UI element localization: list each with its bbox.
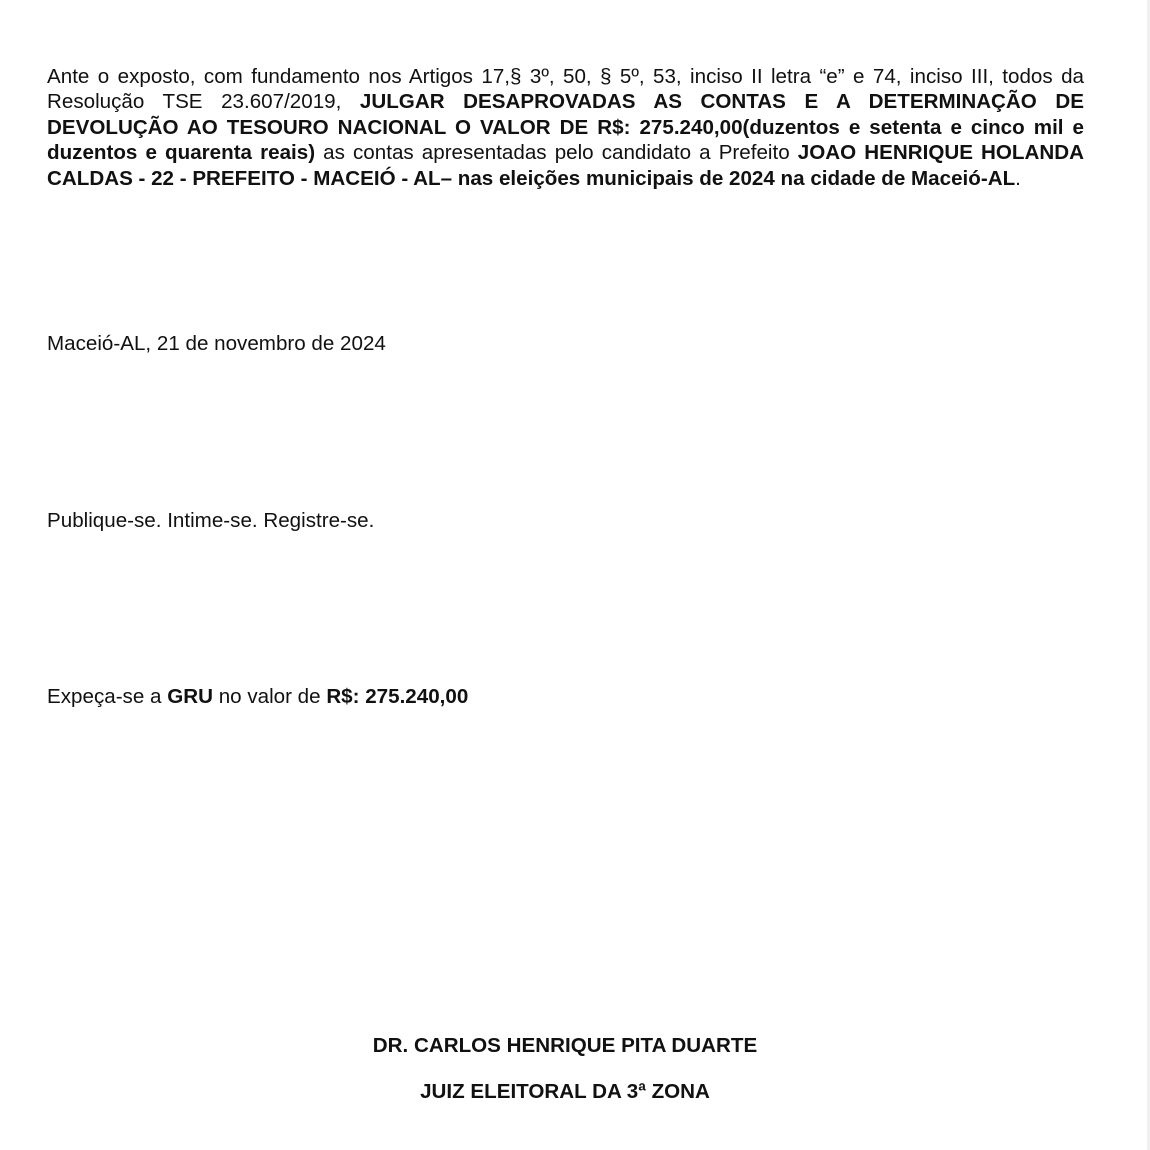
judge-name: DR. CARLOS HENRIQUE PITA DUARTE xyxy=(0,1033,1130,1058)
gru-prefix: Expeça-se a xyxy=(47,685,167,708)
gru-amount: R$: 275.240,00 xyxy=(326,685,468,708)
gru-order: Expeça-se a GRU no valor de R$: 275.240,… xyxy=(47,684,468,709)
gru-label: GRU xyxy=(167,685,213,708)
decision-middle: as contas apresentadas pelo candidato a … xyxy=(315,141,798,164)
place-date: Maceió-AL, 21 de novembro de 2024 xyxy=(47,331,386,356)
judge-title: JUIZ ELEITORAL DA 3ª ZONA xyxy=(0,1079,1130,1104)
decision-paragraph: Ante o exposto, com fundamento nos Artig… xyxy=(47,64,1084,191)
gru-middle: no valor de xyxy=(213,685,326,708)
decision-end: . xyxy=(1015,167,1021,190)
publication-order: Publique-se. Intime-se. Registre-se. xyxy=(47,508,374,533)
